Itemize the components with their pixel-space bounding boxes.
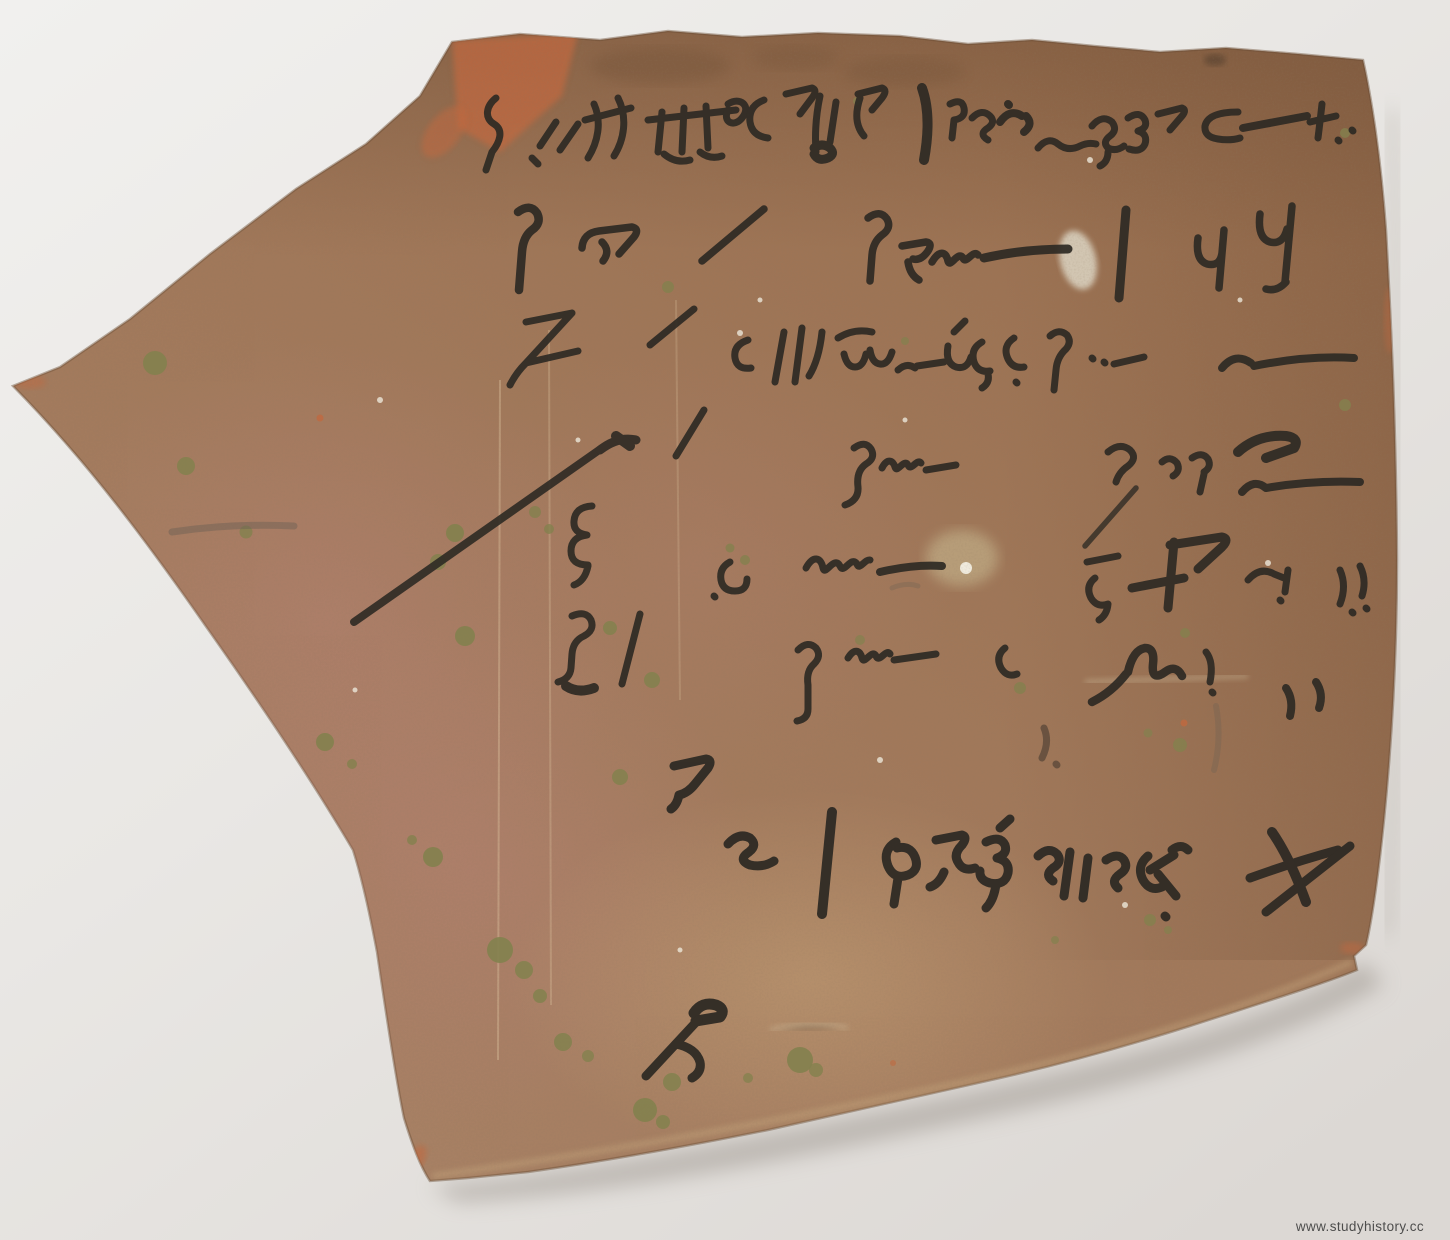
ostracon-photo	[0, 0, 1450, 1240]
photo-stage: www.studyhistory.cc	[0, 0, 1450, 1240]
watermark-text: www.studyhistory.cc	[1296, 1219, 1424, 1234]
